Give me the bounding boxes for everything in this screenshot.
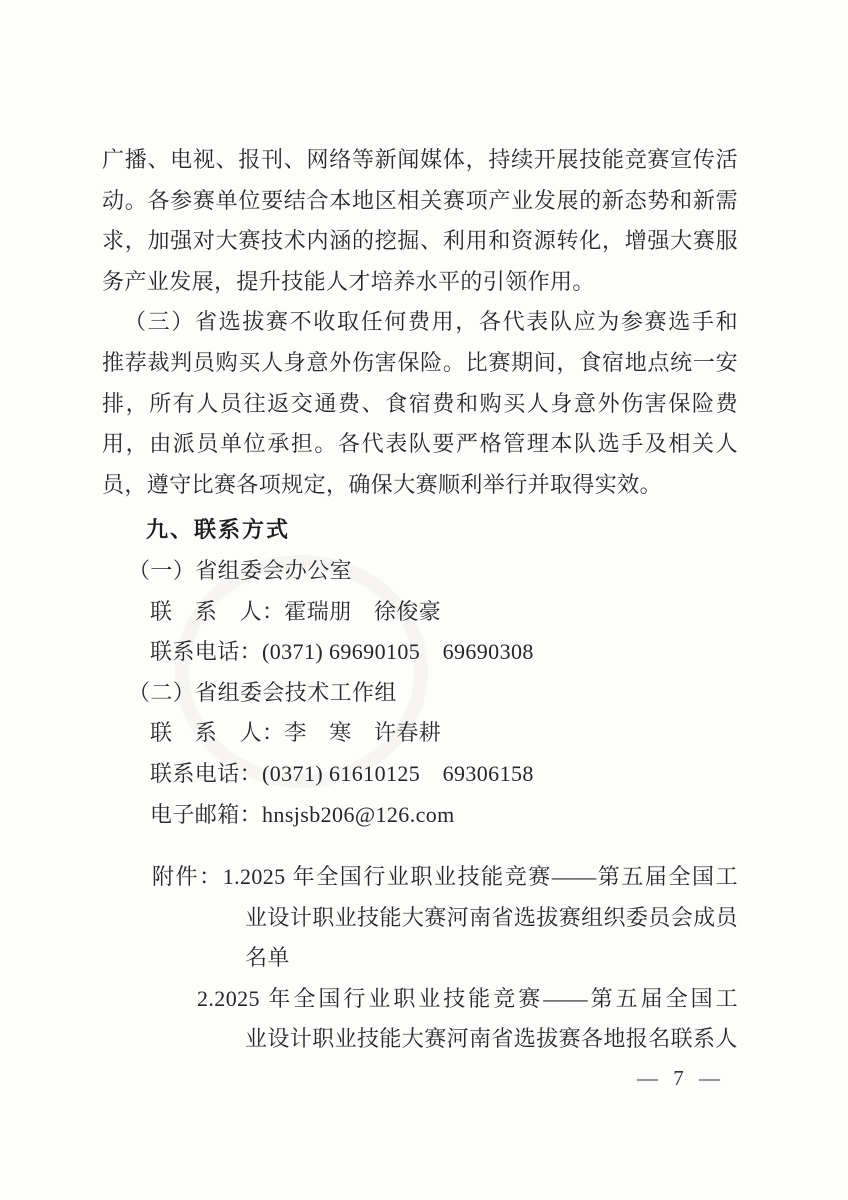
attachment-label: 附件： <box>152 864 223 889</box>
attachment-item-text: 1.2025 年全国行业职业技能竞赛——第五届全国工 <box>223 864 738 889</box>
body-line: 求，加强对大赛技术内涵的挖掘、利用和资源转化，增强大赛服 <box>102 221 738 262</box>
attachment-line: 名单 <box>102 938 738 979</box>
contact-email-label: 电子邮箱： <box>150 802 262 827</box>
section-heading: 九、联系方式 <box>102 510 738 551</box>
document-page: 广播、电视、报刊、网络等新闻媒体，持续开展技能竞赛宣传活 动。各参赛单位要结合本… <box>0 0 848 1200</box>
contact-phone-numbers: (0371) 61610125 69306158 <box>262 761 534 786</box>
contact-phone-line: 联系电话：(0371) 69690105 69690308 <box>102 632 738 673</box>
contact-email-line: 电子邮箱：hnsjsb206@126.com <box>102 795 738 836</box>
body-line: 用，由派员单位承担。各代表队要严格管理本队选手及相关人 <box>102 424 738 465</box>
contact-person-label: 联 系 人： <box>150 720 284 745</box>
contact-group-title: （二）省组委会技术工作组 <box>102 673 738 714</box>
contact-phone-line: 联系电话：(0371) 61610125 69306158 <box>102 754 738 795</box>
body-line: （三）省选拔赛不收取任何费用，各代表队应为参赛选手和 <box>102 302 738 343</box>
contact-person-names: 霍瑞朋 徐俊豪 <box>284 599 441 624</box>
text-column: 广播、电视、报刊、网络等新闻媒体，持续开展技能竞赛宣传活 动。各参赛单位要结合本… <box>102 140 738 1060</box>
contact-person-line: 联 系 人：李 寒 许春耕 <box>102 713 738 754</box>
page-number: — 7 — <box>637 1066 722 1091</box>
body-line: 务产业发展，提升技能人才培养水平的引领作用。 <box>102 262 738 303</box>
body-line: 员，遵守比赛各项规定，确保大赛顺利举行并取得实效。 <box>102 465 738 506</box>
body-line: 推荐裁判员购买人身意外伤害保险。比赛期间，食宿地点统一安 <box>102 343 738 384</box>
contact-person-label: 联 系 人： <box>150 599 284 624</box>
body-line: 广播、电视、报刊、网络等新闻媒体，持续开展技能竞赛宣传活 <box>102 140 738 181</box>
body-line: 动。各参赛单位要结合本地区相关赛项产业发展的新态势和新需 <box>102 181 738 222</box>
contact-email-address: hnsjsb206@126.com <box>262 802 455 827</box>
attachment-line: 2.2025 年全国行业职业技能竞赛——第五届全国工 <box>102 979 738 1020</box>
attachment-line: 业设计职业技能大赛河南省选拔赛各地报名联系人 <box>102 1019 738 1060</box>
contact-person-line: 联 系 人：霍瑞朋 徐俊豪 <box>102 592 738 633</box>
contact-group-title: （一）省组委会办公室 <box>102 551 738 592</box>
attachment-line: 附件：1.2025 年全国行业职业技能竞赛——第五届全国工 <box>102 857 738 898</box>
body-line: 排，所有人员往返交通费、食宿费和购买人身意外伤害保险费 <box>102 384 738 425</box>
contact-phone-label: 联系电话： <box>150 639 262 664</box>
contact-phone-label: 联系电话： <box>150 761 262 786</box>
attachment-line: 业设计职业技能大赛河南省选拔赛组织委员会成员 <box>102 898 738 939</box>
contact-person-names: 李 寒 许春耕 <box>284 720 441 745</box>
contact-phone-numbers: (0371) 69690105 69690308 <box>262 639 534 664</box>
